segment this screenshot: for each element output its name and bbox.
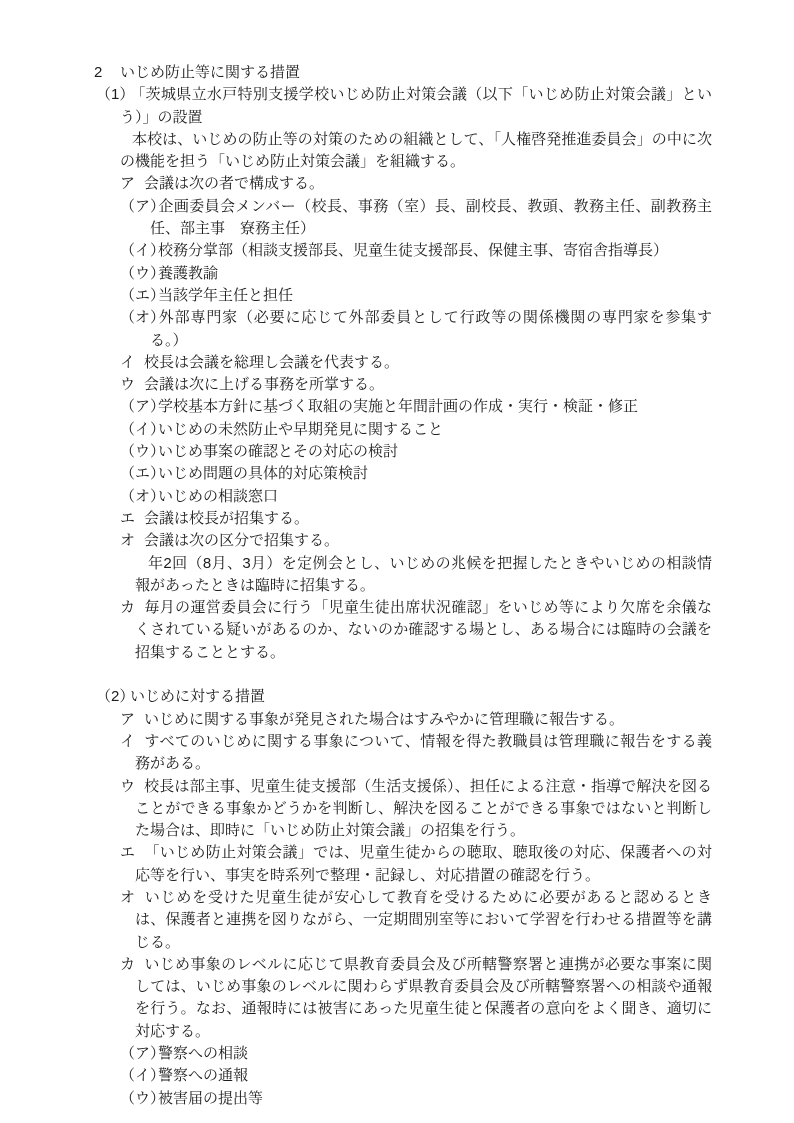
list-marker: （2） <box>96 686 130 708</box>
list-marker: オ <box>120 530 144 552</box>
doc-block: ウ会議は次に上げる事務を所掌する。 <box>120 374 712 396</box>
block-text: 企画委員会メンバー（校長、事務（室）長、副校長、教頭、教務主任、副教務主任、部主… <box>150 198 712 237</box>
block-text: 当該学年主任と担任 <box>158 287 293 304</box>
doc-block: イ校長は会議を総理し会議を代表する。 <box>120 352 712 374</box>
doc-block: ウ校長は部主事、児童生徒支援部（生活支援係）、担任による注意・指導で解決を図るこ… <box>120 776 712 843</box>
block-text: 年2回（8月、3月）を定例会とし、いじめの兆候を把握したときやいじめの相談情報が… <box>135 555 712 594</box>
block-text: 学校基本方針に基づく取組の実施と年間計画の作成・実行・検証・修正 <box>158 398 638 415</box>
doc-block: イすべてのいじめに関する事象について、情報を得た教職員は管理職に報告をする義務が… <box>120 731 712 776</box>
list-marker: （エ） <box>120 285 158 307</box>
list-marker: オ <box>120 887 144 909</box>
list-marker: ア <box>120 173 144 195</box>
block-text: いじめ事案の確認とその対応の検討 <box>158 443 398 460</box>
doc-block: （ア）企画委員会メンバー（校長、事務（室）長、副校長、教頭、教務主任、副教務主任… <box>120 196 712 241</box>
block-text: 養護教諭 <box>158 265 218 282</box>
list-marker: （イ） <box>120 240 158 262</box>
list-marker: イ <box>120 352 144 374</box>
block-text: いじめの相談窓口 <box>158 488 278 505</box>
block-text: 警察への通報 <box>158 1067 248 1084</box>
block-text: 校務分掌部（相談支援部長、児童生徒支援部長、保健主事、寄宿舎指導長） <box>158 242 668 259</box>
doc-block: （ア）警察への相談 <box>120 1043 712 1065</box>
doc-block: アいじめに関する事象が発見された場合はすみやかに管理職に報告する。 <box>120 709 712 731</box>
list-marker: カ <box>120 597 144 619</box>
block-text: 警察への相談 <box>158 1045 248 1062</box>
block-text: 会議は校長が招集する。 <box>144 510 309 527</box>
block-text: いじめに対する措置 <box>130 688 265 705</box>
list-marker: エ <box>120 842 144 864</box>
list-marker: （イ） <box>120 1065 158 1087</box>
list-marker: （オ） <box>120 307 158 329</box>
list-marker: （ア） <box>120 396 158 418</box>
block-text: 校長は部主事、児童生徒支援部（生活支援係）、担任による注意・指導で解決を図ること… <box>135 778 712 840</box>
list-marker: ウ <box>120 776 144 798</box>
doc-block: （2）いじめに対する措置 <box>96 686 712 708</box>
block-text: 会議は次の者で構成する。 <box>144 175 324 192</box>
block-text: 「茨城県立水戸特別支援学校いじめ防止対策会議（以下「いじめ防止対策会議」という）… <box>120 86 712 125</box>
list-marker: （イ） <box>120 419 158 441</box>
list-marker: （ア） <box>120 196 158 218</box>
list-marker: （ウ） <box>120 1088 158 1110</box>
doc-block: （エ）いじめ問題の具体的対応策検討 <box>120 463 712 485</box>
doc-block: カ毎月の運営委員会に行う「児童生徒出席状況確認」をいじめ等により欠席を余儀なくさ… <box>120 597 712 664</box>
block-text: 「いじめ防止対策会議」では、児童生徒からの聴取、聴取後の対応、保護者への対応等を… <box>135 844 712 883</box>
block-text: 被害届の提出等 <box>158 1090 263 1107</box>
block-text: 毎月の運営委員会に行う「児童生徒出席状況確認」をいじめ等により欠席を余儀なくされ… <box>135 599 712 661</box>
doc-block: オいじめを受けた児童生徒が安心して教育を受けるために必要があると認めるときは、保… <box>120 887 712 954</box>
block-text: 校長は会議を総理し会議を代表する。 <box>144 354 399 371</box>
block-text: いじめを受けた児童生徒が安心して教育を受けるために必要があると認めるときは、保護… <box>135 889 712 951</box>
doc-block: （エ）当該学年主任と担任 <box>120 285 712 307</box>
doc-block: 年2回（8月、3月）を定例会とし、いじめの兆候を把握したときやいじめの相談情報が… <box>135 553 712 598</box>
list-marker: （ア） <box>120 1043 158 1065</box>
list-marker: （エ） <box>120 463 158 485</box>
block-text: いじめ問題の具体的対応策検討 <box>158 465 368 482</box>
block-text: すべてのいじめに関する事象について、情報を得た教職員は管理職に報告をする義務があ… <box>135 733 712 772</box>
list-marker: エ <box>120 508 144 530</box>
block-text: 外部専門家（必要に応じて外部委員として行政等の関係機関の専門家を参集する。） <box>150 309 712 348</box>
list-marker: （オ） <box>120 486 158 508</box>
doc-block: （イ）警察への通報 <box>120 1065 712 1087</box>
doc-block: （イ）校務分掌部（相談支援部長、児童生徒支援部長、保健主事、寄宿舎指導長） <box>120 240 712 262</box>
blank-line <box>90 664 712 686</box>
doc-block: （ア）学校基本方針に基づく取組の実施と年間計画の作成・実行・検証・修正 <box>120 396 712 418</box>
document-body: 2いじめ防止等に関する措置（1）「茨城県立水戸特別支援学校いじめ防止対策会議（以… <box>0 0 712 1110</box>
doc-block: （ウ）被害届の提出等 <box>120 1088 712 1110</box>
list-marker: ウ <box>120 374 144 396</box>
list-marker: （ウ） <box>120 263 158 285</box>
doc-block: （オ）いじめの相談窓口 <box>120 486 712 508</box>
doc-block: （1）「茨城県立水戸特別支援学校いじめ防止対策会議（以下「いじめ防止対策会議」と… <box>96 84 712 129</box>
document-page: 2いじめ防止等に関する措置（1）「茨城県立水戸特別支援学校いじめ防止対策会議（以… <box>0 0 794 1123</box>
doc-block: 2いじめ防止等に関する措置 <box>90 62 712 84</box>
doc-block: オ会議は次の区分で招集する。 <box>120 530 712 552</box>
doc-block: （ウ）養護教諭 <box>120 263 712 285</box>
list-marker: カ <box>120 954 144 976</box>
block-text: いじめ事象のレベルに応じて県教育委員会及び所轄警察署と連携が必要な事案に関しては… <box>135 956 712 1040</box>
doc-block: （イ）いじめの未然防止や早期発見に関すること <box>120 419 712 441</box>
block-text: いじめの未然防止や早期発見に関すること <box>158 421 443 438</box>
doc-block: エ「いじめ防止対策会議」では、児童生徒からの聴取、聴取後の対応、保護者への対応等… <box>120 842 712 887</box>
block-text: 会議は次の区分で招集する。 <box>144 532 339 549</box>
block-text: 会議は次に上げる事務を所掌する。 <box>144 376 384 393</box>
doc-block: エ会議は校長が招集する。 <box>120 508 712 530</box>
list-marker: イ <box>120 731 144 753</box>
doc-block: （ウ）いじめ事案の確認とその対応の検討 <box>120 441 712 463</box>
doc-block: カいじめ事象のレベルに応じて県教育委員会及び所轄警察署と連携が必要な事案に関して… <box>120 954 712 1043</box>
block-text: いじめ防止等に関する措置 <box>120 64 300 81</box>
block-text: 本校は、いじめの防止等の対策のための組織として、「人権啓発推進委員会」の中に次の… <box>120 131 712 170</box>
list-marker: ア <box>120 709 144 731</box>
list-marker: 2 <box>90 62 120 84</box>
list-marker: （ウ） <box>120 441 158 463</box>
list-marker: （1） <box>96 84 130 106</box>
doc-block: 本校は、いじめの防止等の対策のための組織として、「人権啓発推進委員会」の中に次の… <box>120 129 712 174</box>
block-text: いじめに関する事象が発見された場合はすみやかに管理職に報告する。 <box>144 711 624 728</box>
doc-block: （オ）外部専門家（必要に応じて外部委員として行政等の関係機関の専門家を参集する。… <box>120 307 712 352</box>
doc-block: ア会議は次の者で構成する。 <box>120 173 712 195</box>
